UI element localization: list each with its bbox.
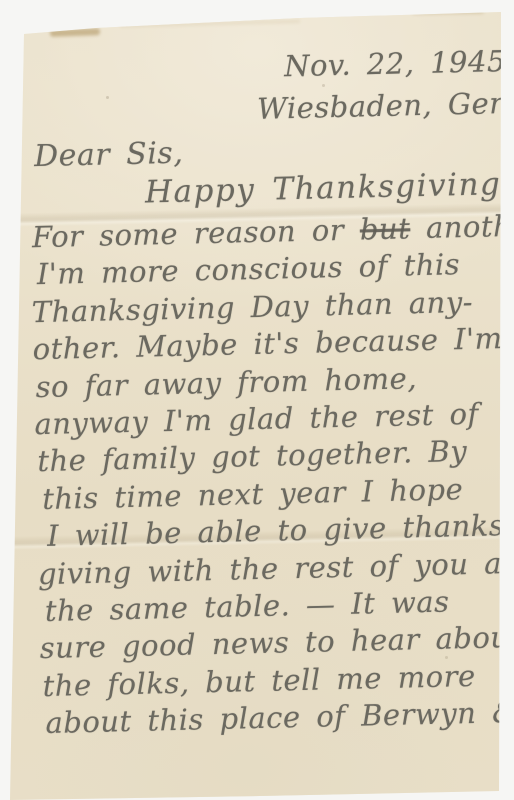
letter-line: Happy Thanksgiving! [145,166,514,211]
letter-line-text: For some reason or [32,212,361,254]
letter-line-text: another [410,208,514,245]
letter-line: Wiesbaden, Ger. [257,86,511,126]
letter-paper: Nov. 22, 1945Wiesbaden, Ger.Dear Sis,Hap… [0,0,514,800]
scan-background: Nov. 22, 1945Wiesbaden, Ger.Dear Sis,Hap… [0,0,514,800]
letter-line: Thanksgiving Day than any- [31,285,473,329]
letter-line: I'm more conscious of this [37,248,461,292]
letter-line: the family got together. By [37,434,468,478]
letter-line: Nov. 22, 1945 [284,44,507,83]
letter-line: anyway I'm glad the rest of [34,397,479,441]
letter-line: the same table. — It was [44,584,449,628]
letter-text: Nov. 22, 1945Wiesbaden, Ger.Dear Sis,Hap… [0,0,514,800]
letter-line: Dear Sis, [34,136,184,175]
struck-word: but [359,211,410,246]
letter-line: this time next year I hope [42,472,464,516]
letter-line: about this place of Berwyn & [45,695,514,740]
letter-line: so far away from home, [35,361,417,404]
letter-line: the folks, but tell me more [42,659,476,703]
letter-line: other. Maybe it's because I'm [32,321,503,366]
